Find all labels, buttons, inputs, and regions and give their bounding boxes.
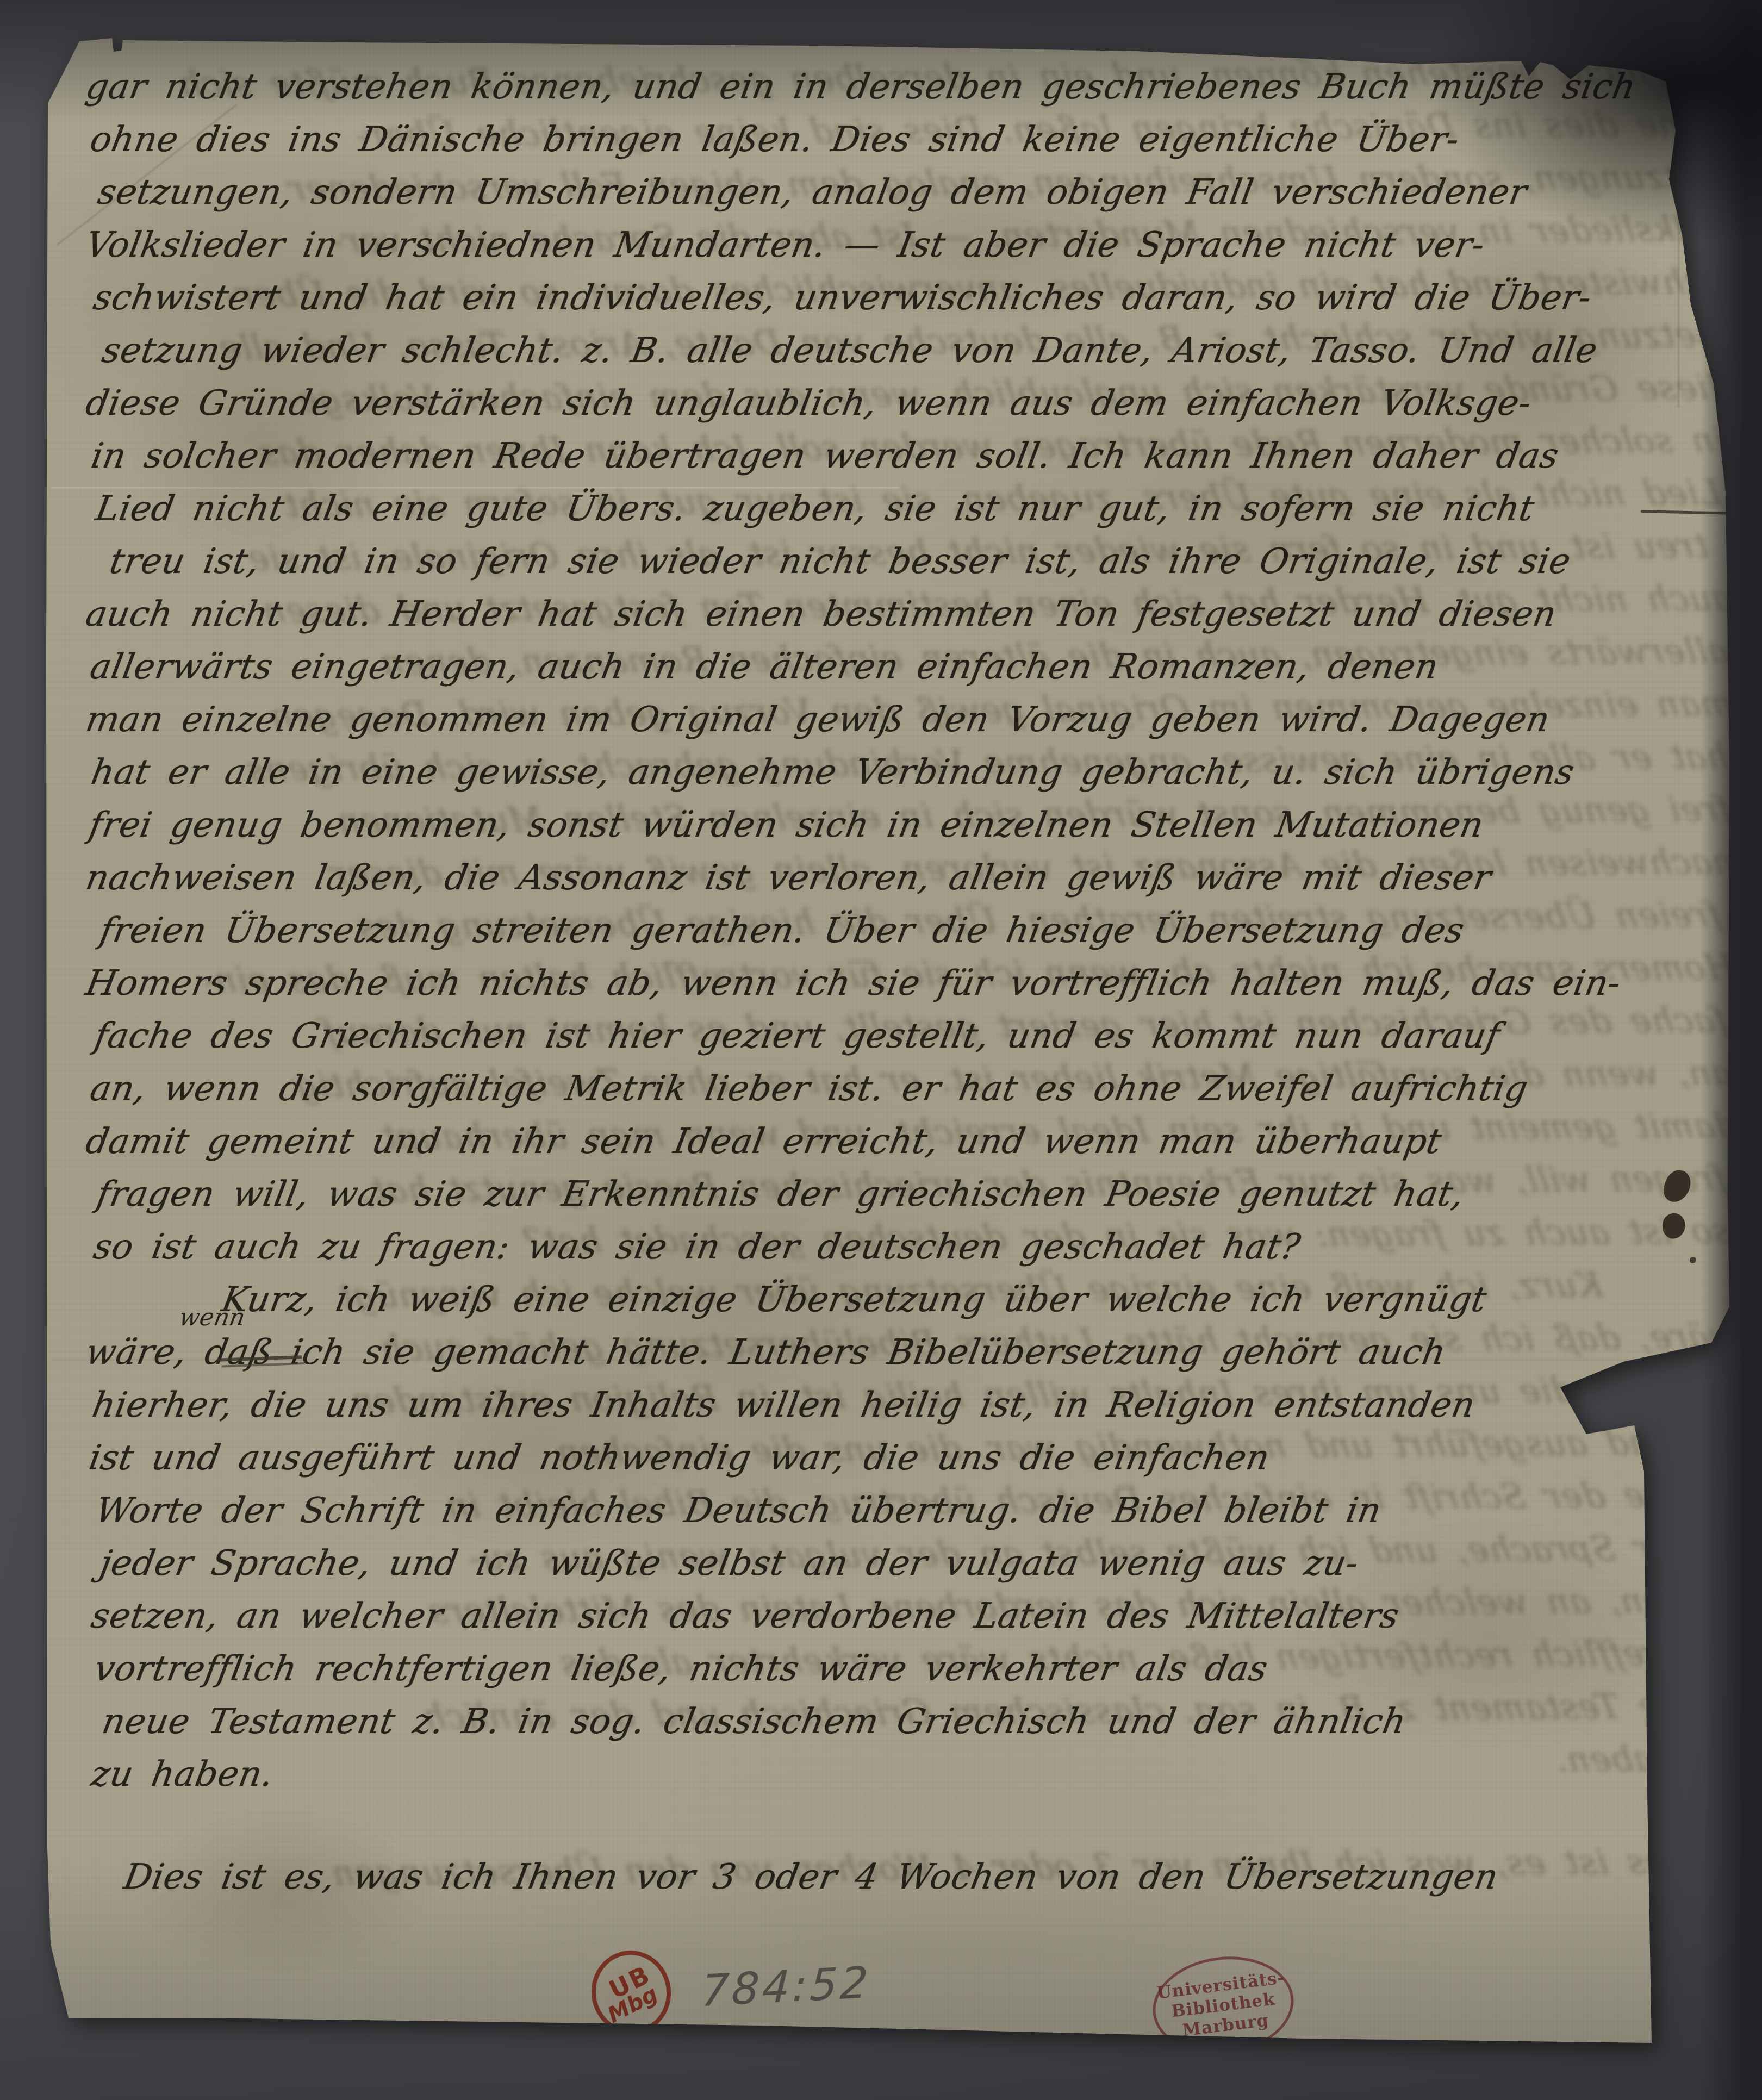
paper-sheet-shadow: gar nicht verstehen können, und ein in d… [0,0,1762,2100]
handwriting-line: man einzelne genommen im Original gewiß … [82,694,1749,746]
handwriting-line: fragen will, was sie zur Erkenntnis der … [92,1168,1749,1221]
handwriting-line: hat er alle in eine gewisse, angenehme V… [87,746,1749,799]
handwriting-line: ist und ausgeführt und nothwendig war, d… [85,1432,1749,1485]
handwriting-line: diese Gründe verstärken sich unglaublich… [82,377,1749,430]
handwriting-line: wäre, daß ich sie gemacht hätte. Luthers… [82,1326,1749,1379]
library-round-stamp: UB Mbg [586,1946,676,2040]
handwriting-line: jeder Sprache, und ich wüßte selbst an d… [96,1537,1749,1590]
handwriting-line: an, wenn die sorgfältige Metrik lieber i… [86,1063,1749,1116]
handwriting-line: so ist auch zu fragen: was sie in der de… [89,1221,1749,1274]
handwriting-line: setzen, an welcher allein sich das verdo… [87,1590,1749,1643]
shelfmark-number: 784:52 [700,1957,872,2017]
handwriting-line: Kurz, ich weiß eine einzige Übersetzung … [217,1274,1749,1326]
paper-sheet: gar nicht verstehen können, und ein in d… [0,0,1762,2100]
handwriting-line: gar nicht verstehen können, und ein in d… [82,61,1749,114]
handwriting-line: Volkslieder in verschiednen Mundarten. —… [82,219,1749,272]
handwriting-line: setzung wieder schlecht. z. B. alle deut… [98,325,1749,377]
scanned-letter-page: gar nicht verstehen können, und ein in d… [0,0,1762,2100]
handwriting-line: treu ist, und in so fern sie wieder nich… [105,535,1749,588]
inserted-word: wenn [177,1304,247,1331]
handwriting-line: frei genug benommen, sonst würden sich i… [85,799,1749,852]
handwriting-line: zu haben. [87,1748,1749,1801]
handwriting-line: setzungen, sondern Umschreibungen, analo… [94,166,1749,219]
handwriting-line: Worte der Schrift in einfaches Deutsch ü… [91,1485,1749,1537]
handwriting-line: Dies ist es, was ich Ihnen vor 3 oder 4 … [120,1851,1749,1904]
handwriting-block: gar nicht verstehen können, und ein in d… [82,61,1740,1904]
handwriting-line: nachweisen laßen, die Assonanz ist verlo… [82,852,1749,905]
handwriting-line: allerwärts eingetragen, auch in die älte… [86,641,1749,694]
handwriting-line: schwistert und hat ein individuelles, un… [89,272,1749,325]
handwriting-line: in solcher modernen Rede übertragen werd… [87,430,1749,483]
handwriting-line: neue Testament z. B. in sog. classischem… [98,1696,1749,1748]
handwriting-line: damit gemeint und in ihr sein Ideal erre… [82,1116,1749,1168]
handwriting-line: Homers spreche ich nichts ab, wenn ich s… [82,957,1749,1010]
handwriting-line: hierher, die uns um ihres Inhalts willen… [88,1379,1749,1432]
handwriting-line: Lied nicht als eine gute Übers. zugeben,… [91,483,1749,535]
library-oval-stamp: Universitäts- Bibliothek Marburg [1147,1949,1299,2062]
handwriting-line: ohne dies ins Dänische bringen laßen. Di… [86,114,1749,166]
handwriting-line: vortrefflich rechtfertigen ließe, nichts… [90,1643,1749,1696]
handwriting-line: auch nicht gut. Herder hat sich einen be… [82,588,1749,641]
handwriting-line: freien Übersetzung streiten gerathen. Üb… [96,905,1749,957]
handwriting-line: fache des Griechischen ist hier geziert … [90,1010,1749,1063]
